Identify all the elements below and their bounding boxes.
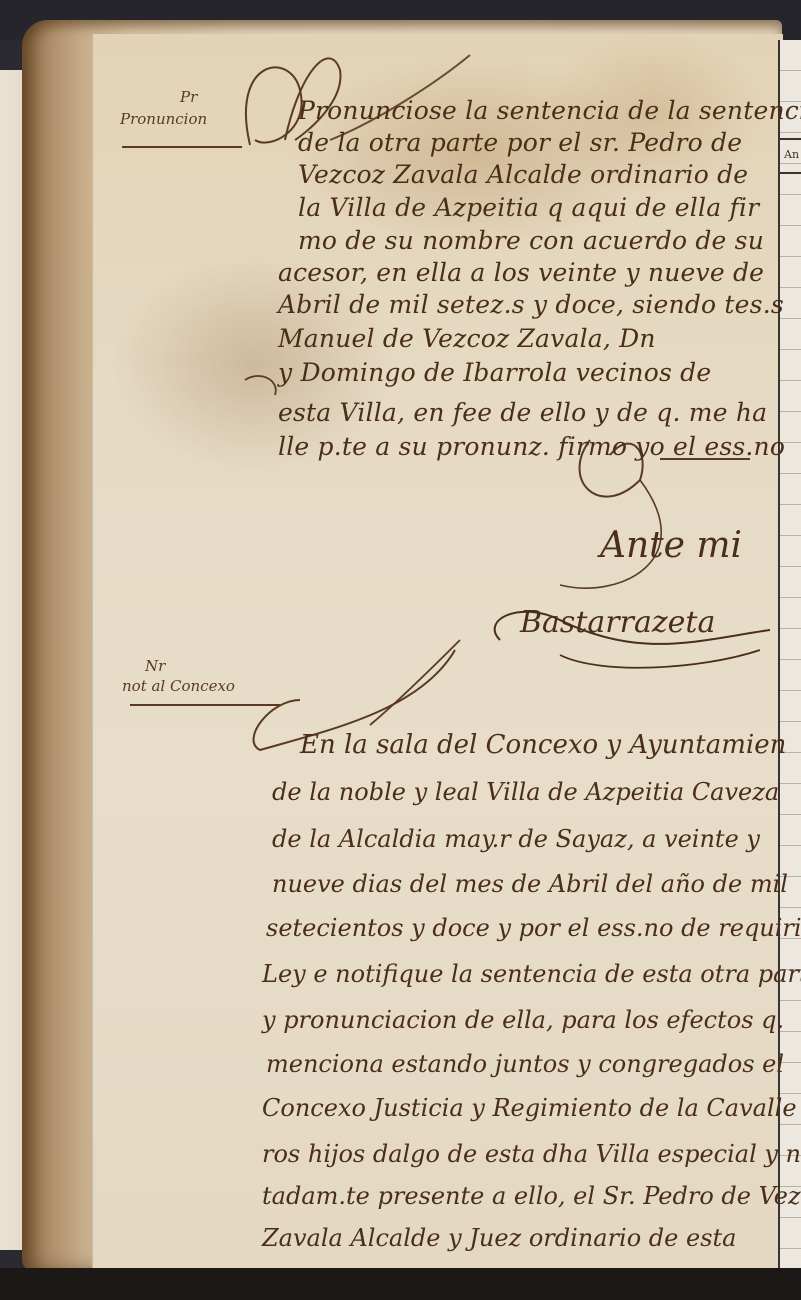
attestation-ante-mi: Ante mi [600, 525, 742, 566]
margin-note-2: not al Concexo [122, 677, 235, 695]
section-2-line-6: Ley e notifique la sentencia de esta otr… [262, 960, 801, 988]
section-1-line-10: esta Villa, en fee de ello y de q. me ha [278, 398, 767, 427]
margin-note-2-abbrev: Nr [145, 657, 165, 675]
section-2-line-3: de la Alcaldia may.r de Sayaz, a veinte … [272, 825, 760, 853]
section-2-line-4: nueve dias del mes de Abril del año de m… [272, 870, 788, 898]
section-2-line-1: En la sala del Concexo y Ayuntamien [300, 730, 786, 760]
section-1-line-4: la Villa de Azpeitia q aqui de ella fir [298, 193, 759, 222]
section-2-line-9: Concexo Justicia y Regimiento de la Cava… [262, 1094, 797, 1122]
section-2-line-11: tadam.te presente a ello, el Sr. Pedro d… [262, 1182, 801, 1210]
section-2-line-10: ros hijos dalgo de esta dha Villa especi… [262, 1140, 801, 1168]
section-2-line-12: Zavala Alcalde y Juez ordinario de esta [262, 1224, 736, 1252]
section-2-line-2: de la noble y leal Villa de Azpeitia Cav… [272, 778, 779, 806]
section-1-end-rule [660, 458, 750, 460]
margin-note-2-rule [130, 704, 280, 706]
section-1-line-5: mo de su nombre con acuerdo de su [298, 226, 764, 255]
section-2-line-7: y pronunciacion de ella, para los efecto… [262, 1006, 784, 1034]
section-1-line-11: lle p.te a su pronunz. firmo yo el ess.n… [278, 432, 785, 461]
section-1-line-3: Vezcoz Zavala Alcalde ordinario de [298, 160, 748, 189]
section-1-line-6: acesor, en ella a los veinte y nueve de [278, 258, 764, 287]
section-1-line-9: y Domingo de Ibarrola vecinos de [278, 358, 711, 387]
section-2-line-8: menciona estando juntos y congregados el [266, 1050, 784, 1078]
section-1-line-1: Pronunciose la sentencia de la sentencia [298, 96, 801, 125]
section-1-line-8: Manuel de Vezcoz Zavala, Dn [278, 324, 656, 353]
section-2-line-5: setecientos y doce y por el ess.no de re… [266, 914, 801, 942]
section-1-line-2: de la otra parte por el sr. Pedro de [298, 128, 742, 157]
section-1-line-7: Abril de mil setez.s y doce, siendo tes.… [278, 290, 784, 319]
notary-signature: Bastarrazeta [520, 605, 715, 640]
